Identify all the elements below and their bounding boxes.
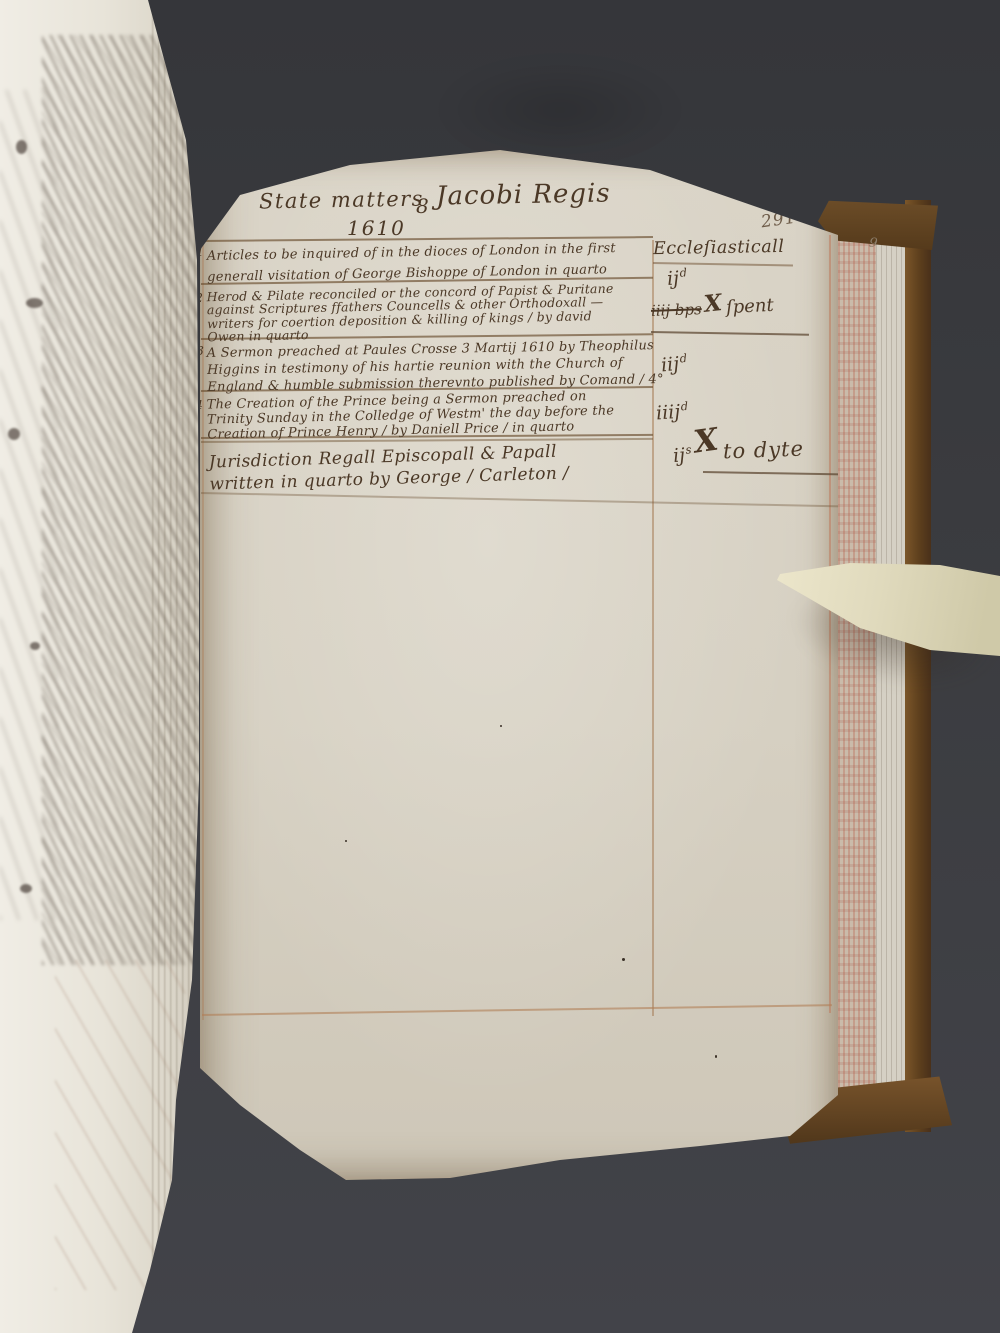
price-unit: d [680,399,688,413]
ink-blot [30,642,40,650]
catalogue-entry: Jurisdiction Regall Episcopall & Papall … [208,440,569,495]
price-amount: iij [660,353,680,376]
price-value: ijs [672,442,693,467]
x-mark: X [703,289,724,318]
catalogue-entry: The Creation of the Prince being a Sermo… [207,388,615,442]
ink-blot [8,428,20,440]
background-smudge [440,60,680,160]
price-column-header: Eccleſiasticall [653,237,785,259]
price-amount: ij [672,444,686,467]
ink-speck [715,1055,717,1058]
ink-blot [20,884,32,893]
price-amount: iiij [655,401,681,425]
catalogue-entry: Articles to be inquired of in the dioces… [207,238,617,288]
price-unit: d [679,265,687,279]
page-heading-title: State matters [259,187,424,214]
ink-speck [500,725,502,727]
year: 1610 [347,216,406,240]
folio-number: 291 [760,208,798,233]
price-value: iiijd [655,399,689,425]
catalogue-entry: A Sermon preached at Paules Crosse 3 Mar… [207,337,664,396]
entry-number: 1 [196,244,204,259]
price-note: ſpent [725,295,774,318]
left-page-stack [0,0,205,1333]
ink-speck [622,958,625,961]
entry-separator-line [201,492,841,507]
left-margin-rule [202,242,204,1020]
price-note: to dyte [723,437,805,464]
manuscript-photo: 9 State matters 8 Jacobi Regis 1610 291 … [0,0,1000,1333]
bottom-rule [202,1004,832,1015]
price-value: ijd [666,265,688,290]
price-unit: d [679,351,687,366]
x-mark: X [692,422,721,461]
manuscript-page: State matters 8 Jacobi Regis 1610 291 1 … [195,140,845,1190]
price-note-underline [651,331,809,335]
price-note-underline [703,471,841,475]
struck-price: iiij bps [651,300,702,320]
ink-speck [345,840,347,842]
price-unit: s [685,442,692,456]
price-amount: ij [666,267,679,290]
price-value: iijd [660,351,688,377]
ink-blot [26,298,43,308]
bleedthrough-text-faint [0,90,58,920]
leaf-edges-texture [152,0,202,1333]
catalogue-entry: Herod & Pilate reconciled or the concord… [206,282,614,344]
regnal-year-number: 8 [416,194,429,218]
ink-blot [16,140,27,154]
regnal-title: Jacobi Regis [436,178,611,211]
